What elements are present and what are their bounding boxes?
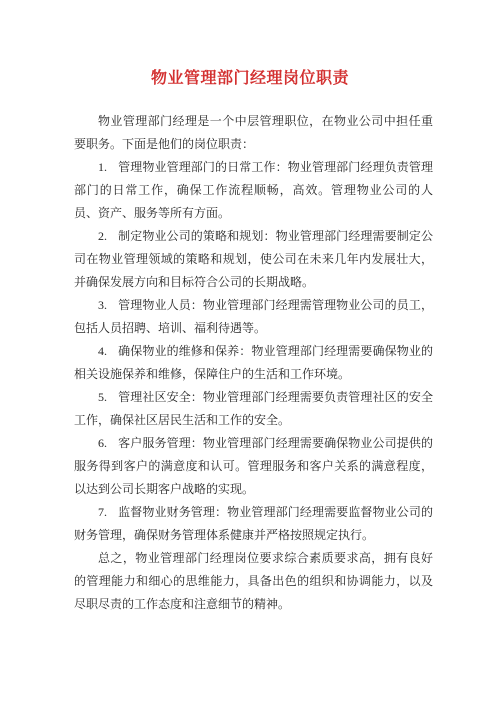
list-item-number: 4. bbox=[98, 344, 107, 358]
job-duty-item-1: 1.管理物业管理部门的日常工作：物业管理部门经理负责管理部门的日常工作，确保工作… bbox=[74, 156, 433, 225]
list-item-number: 7. bbox=[98, 505, 107, 519]
conclusion-paragraph: 总之，物业管理部门经理岗位要求综合素质要求高，拥有良好的管理能力和细心的思维能力… bbox=[74, 547, 433, 616]
document-page: 物业管理部门经理岗位职责 物业管理部门经理是一个中层管理职位，在物业公司中担任重… bbox=[0, 0, 500, 707]
document-body: 物业管理部门经理是一个中层管理职位，在物业公司中担任重要职务。下面是他们的岗位职… bbox=[74, 110, 433, 616]
list-item-number: 5. bbox=[98, 390, 107, 404]
list-item-number: 3. bbox=[98, 298, 107, 312]
list-item-number: 6. bbox=[98, 436, 107, 450]
job-duty-item-6: 6.客户服务管理：物业管理部门经理需要确保物业公司提供的服务得到客户的满意度和认… bbox=[74, 432, 433, 501]
document-title: 物业管理部门经理岗位职责 bbox=[0, 69, 500, 89]
list-item-text: 确保物业的维修和保养：物业管理部门经理需要确保物业的相关设施保养和维修，保障住户… bbox=[74, 344, 433, 381]
intro-paragraph: 物业管理部门经理是一个中层管理职位，在物业公司中担任重要职务。下面是他们的岗位职… bbox=[74, 110, 433, 156]
list-item-text: 管理物业管理部门的日常工作：物业管理部门经理负责管理部门的日常工作，确保工作流程… bbox=[74, 160, 433, 220]
list-item-text: 管理物业人员：物业管理部门经理需管理物业公司的员工，包括人员招聘、培训、福利待遇… bbox=[74, 298, 433, 335]
list-item-text: 管理社区安全：物业管理部门经理需要负责管理社区的安全工作，确保社区居民生活和工作… bbox=[74, 390, 433, 427]
list-item-text: 监督物业财务管理：物业管理部门经理需要监督物业公司的财务管理，确保财务管理体系健… bbox=[74, 505, 433, 542]
list-item-number: 1. bbox=[98, 160, 107, 174]
list-item-text: 制定物业公司的策略和规划：物业管理部门经理需要制定公司在物业管理领域的策略和规划… bbox=[74, 229, 433, 289]
job-duty-item-5: 5.管理社区安全：物业管理部门经理需要负责管理社区的安全工作，确保社区居民生活和… bbox=[74, 386, 433, 432]
job-duty-item-2: 2.制定物业公司的策略和规划：物业管理部门经理需要制定公司在物业管理领域的策略和… bbox=[74, 225, 433, 294]
list-item-text: 客户服务管理：物业管理部门经理需要确保物业公司提供的服务得到客户的满意度和认可。… bbox=[74, 436, 433, 496]
job-duty-item-3: 3.管理物业人员：物业管理部门经理需管理物业公司的员工，包括人员招聘、培训、福利… bbox=[74, 294, 433, 340]
job-duty-item-7: 7.监督物业财务管理：物业管理部门经理需要监督物业公司的财务管理，确保财务管理体… bbox=[74, 501, 433, 547]
job-duty-item-4: 4.确保物业的维修和保养：物业管理部门经理需要确保物业的相关设施保养和维修，保障… bbox=[74, 340, 433, 386]
list-item-number: 2. bbox=[98, 229, 107, 243]
